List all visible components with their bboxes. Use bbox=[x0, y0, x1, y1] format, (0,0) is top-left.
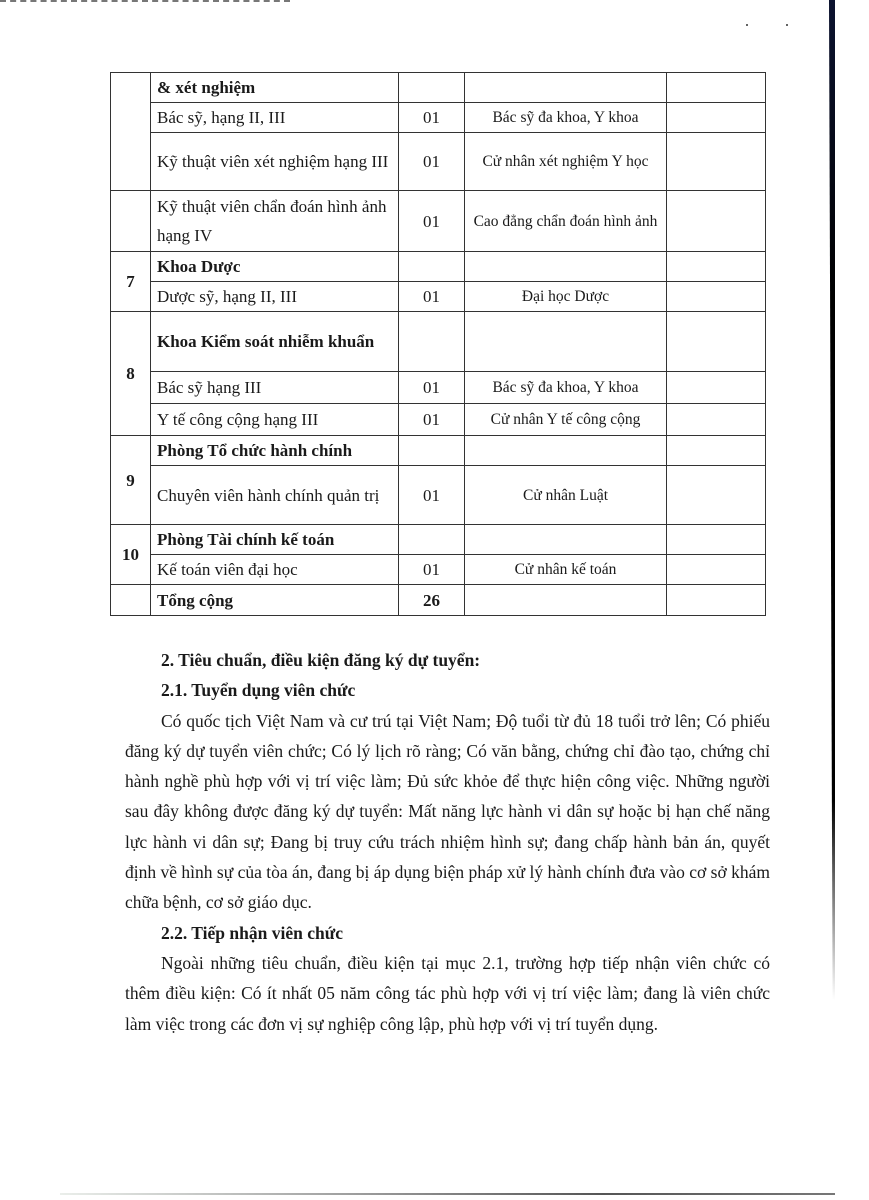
position-cell: Kỹ thuật viên chẩn đoán hình ảnh hạng IV bbox=[151, 191, 399, 252]
note-cell bbox=[667, 525, 766, 555]
group-number-cell bbox=[111, 191, 151, 252]
table-row: Kỹ thuật viên xét nghiệm hạng III 01 Cử … bbox=[111, 133, 766, 191]
requirement-cell bbox=[465, 525, 667, 555]
table-row: Dược sỹ, hạng II, III 01 Đại học Dược bbox=[111, 282, 766, 312]
table-row: Y tế công cộng hạng III 01 Cử nhân Y tế … bbox=[111, 404, 766, 436]
table-row: 10 Phòng Tài chính kế toán bbox=[111, 525, 766, 555]
position-cell: Bác sỹ, hạng II, III bbox=[151, 103, 399, 133]
note-cell bbox=[667, 585, 766, 616]
requirement-cell: Đại học Dược bbox=[465, 282, 667, 312]
quantity-cell bbox=[399, 73, 465, 103]
note-cell bbox=[667, 73, 766, 103]
scan-speck bbox=[746, 24, 748, 26]
position-cell: Y tế công cộng hạng III bbox=[151, 404, 399, 436]
quantity-cell: 01 bbox=[399, 191, 465, 252]
note-cell bbox=[667, 133, 766, 191]
requirement-cell bbox=[465, 73, 667, 103]
group-number-cell: 7 bbox=[111, 252, 151, 312]
note-cell bbox=[667, 555, 766, 585]
subsection-heading: 2.2. Tiếp nhận viên chức bbox=[125, 918, 770, 948]
note-cell bbox=[667, 372, 766, 404]
quantity-cell bbox=[399, 436, 465, 466]
table-row: Bác sỹ, hạng II, III 01 Bác sỹ đa khoa, … bbox=[111, 103, 766, 133]
table-row: 8 Khoa Kiểm soát nhiễm khuẩn bbox=[111, 312, 766, 372]
requirement-cell: Cao đẳng chẩn đoán hình ảnh bbox=[465, 191, 667, 252]
position-cell: Kế toán viên đại học bbox=[151, 555, 399, 585]
subsection-heading: 2.1. Tuyển dụng viên chức bbox=[125, 675, 770, 705]
group-number-cell: 9 bbox=[111, 436, 151, 525]
note-cell bbox=[667, 404, 766, 436]
table-total-row: Tổng cộng 26 bbox=[111, 585, 766, 616]
position-cell: Dược sỹ, hạng II, III bbox=[151, 282, 399, 312]
quantity-cell: 01 bbox=[399, 404, 465, 436]
table-row: Kỹ thuật viên chẩn đoán hình ảnh hạng IV… bbox=[111, 191, 766, 252]
requirement-cell bbox=[465, 252, 667, 282]
note-cell bbox=[667, 252, 766, 282]
paragraph: Ngoài những tiêu chuẩn, điều kiện tại mụ… bbox=[125, 948, 770, 1039]
group-number-cell: 8 bbox=[111, 312, 151, 436]
quantity-cell: 01 bbox=[399, 282, 465, 312]
section-heading: 2. Tiêu chuẩn, điều kiện đăng ký dự tuyể… bbox=[125, 645, 770, 675]
table-row: & xét nghiệm bbox=[111, 73, 766, 103]
position-cell: Chuyên viên hành chính quản trị bbox=[151, 466, 399, 525]
table-row: Chuyên viên hành chính quản trị 01 Cử nh… bbox=[111, 466, 766, 525]
total-quantity: 26 bbox=[399, 585, 465, 616]
quantity-cell bbox=[399, 525, 465, 555]
quantity-cell: 01 bbox=[399, 372, 465, 404]
total-label: Tổng cộng bbox=[151, 585, 399, 616]
requirement-cell: Cử nhân xét nghiệm Y học bbox=[465, 133, 667, 191]
department-name: Phòng Tài chính kế toán bbox=[151, 525, 399, 555]
paragraph: Có quốc tịch Việt Nam và cư trú tại Việt… bbox=[125, 706, 770, 918]
position-cell: Kỹ thuật viên xét nghiệm hạng III bbox=[151, 133, 399, 191]
scan-speck bbox=[786, 24, 788, 26]
table-row: Kế toán viên đại học 01 Cử nhân kế toán bbox=[111, 555, 766, 585]
note-cell bbox=[667, 191, 766, 252]
department-name: Khoa Dược bbox=[151, 252, 399, 282]
group-number-cell: 10 bbox=[111, 525, 151, 585]
table-row: 9 Phòng Tổ chức hành chính bbox=[111, 436, 766, 466]
scan-edge-bottom bbox=[60, 1193, 835, 1195]
requirement-cell bbox=[465, 585, 667, 616]
quantity-cell: 01 bbox=[399, 103, 465, 133]
note-cell bbox=[667, 436, 766, 466]
quantity-cell: 01 bbox=[399, 466, 465, 525]
requirement-cell: Cử nhân Y tế công cộng bbox=[465, 404, 667, 436]
quantity-cell: 01 bbox=[399, 555, 465, 585]
requirement-cell bbox=[465, 312, 667, 372]
group-number-cell bbox=[111, 73, 151, 191]
department-name: & xét nghiệm bbox=[151, 73, 399, 103]
quantity-cell bbox=[399, 312, 465, 372]
department-name: Khoa Kiểm soát nhiễm khuẩn bbox=[151, 312, 399, 372]
table-row: Bác sỹ hạng III 01 Bác sỹ đa khoa, Y kho… bbox=[111, 372, 766, 404]
requirement-cell: Cử nhân kế toán bbox=[465, 555, 667, 585]
recruitment-table: & xét nghiệm Bác sỹ, hạng II, III 01 Bác… bbox=[110, 72, 766, 616]
section-2: 2. Tiêu chuẩn, điều kiện đăng ký dự tuyể… bbox=[125, 645, 770, 1039]
table-row: 7 Khoa Dược bbox=[111, 252, 766, 282]
scan-edge-right bbox=[829, 0, 835, 1000]
requirement-cell bbox=[465, 436, 667, 466]
note-cell bbox=[667, 312, 766, 372]
note-cell bbox=[667, 282, 766, 312]
position-cell: Bác sỹ hạng III bbox=[151, 372, 399, 404]
requirement-cell: Bác sỹ đa khoa, Y khoa bbox=[465, 372, 667, 404]
group-number-cell bbox=[111, 585, 151, 616]
quantity-cell bbox=[399, 252, 465, 282]
note-cell bbox=[667, 466, 766, 525]
scan-edge-top bbox=[0, 0, 290, 4]
department-name: Phòng Tổ chức hành chính bbox=[151, 436, 399, 466]
requirement-cell: Cử nhân Luật bbox=[465, 466, 667, 525]
note-cell bbox=[667, 103, 766, 133]
quantity-cell: 01 bbox=[399, 133, 465, 191]
requirement-cell: Bác sỹ đa khoa, Y khoa bbox=[465, 103, 667, 133]
